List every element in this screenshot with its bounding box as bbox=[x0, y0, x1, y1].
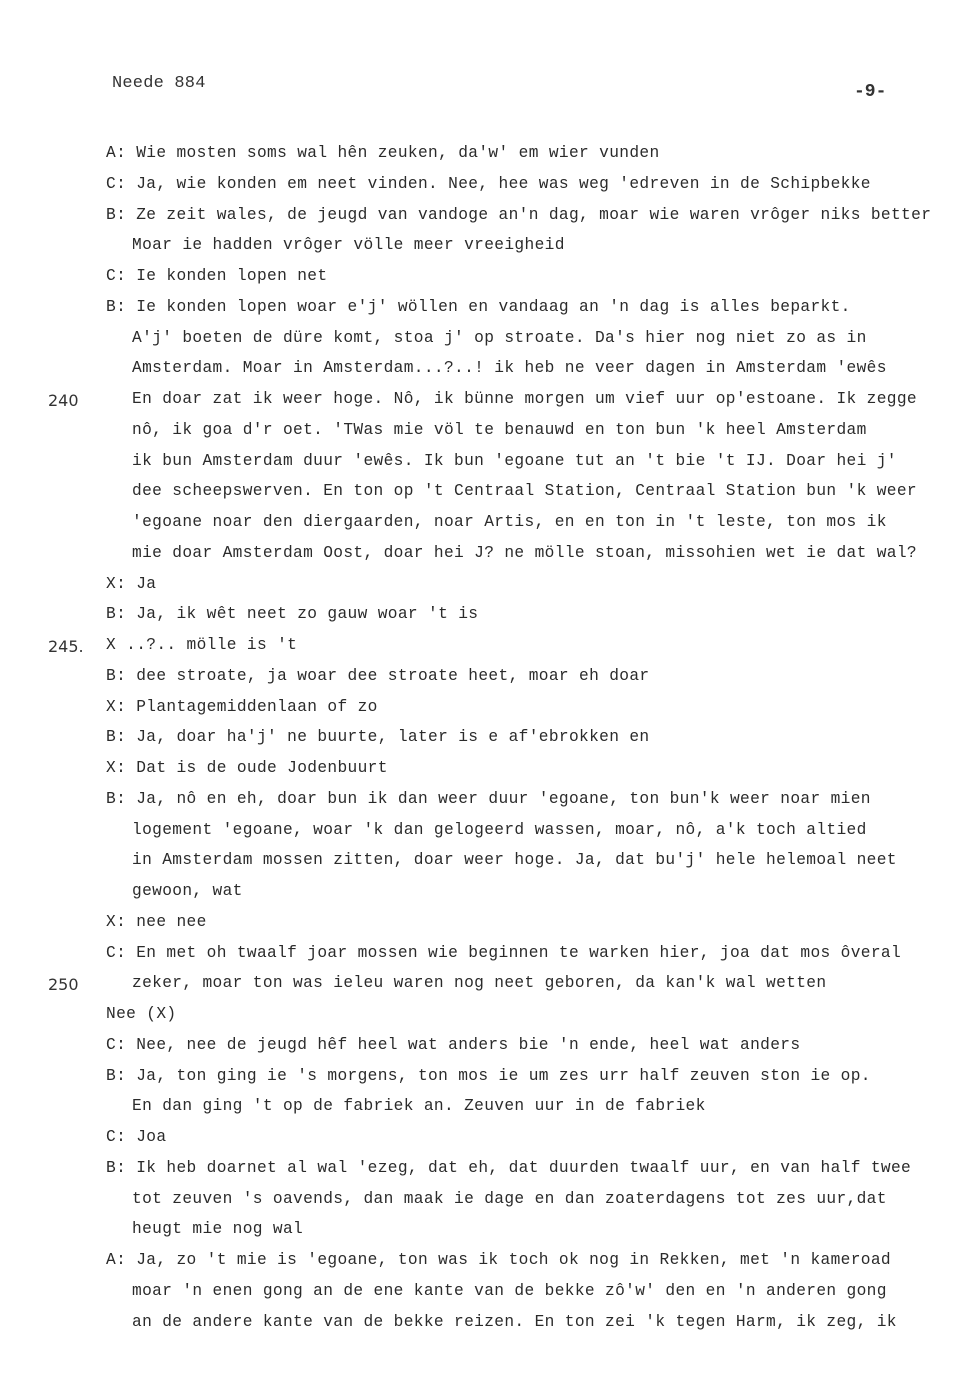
transcript-line: B: Ie konden lopen woar e'j' wöllen en v… bbox=[106, 298, 851, 316]
transcript-line: an de andere kante van de bekke reizen. … bbox=[132, 1313, 897, 1331]
transcript-line: dee scheepswerven. En ton op 't Centraal… bbox=[132, 482, 917, 500]
margin-line-number: 250 bbox=[48, 975, 79, 994]
transcript-line: B: Ze zeit wales, de jeugd van vandoge a… bbox=[106, 206, 931, 224]
transcript-line: A'j' boeten de düre komt, stoa j' op str… bbox=[132, 329, 867, 347]
transcript-line: Moar ie hadden vrôger völle meer vreeigh… bbox=[132, 236, 565, 254]
transcript-line: mie doar Amsterdam Oost, doar hei J? ne … bbox=[132, 544, 917, 562]
transcript-line: moar 'n enen gong an de ene kante van de… bbox=[132, 1282, 887, 1300]
transcript-line: C: Nee, nee de jeugd hêf heel wat anders… bbox=[106, 1036, 800, 1054]
margin-line-number: 245. bbox=[48, 637, 84, 656]
transcript-line: B: Ja, doar ha'j' ne buurte, later is e … bbox=[106, 728, 649, 746]
transcript-line: A: Wie mosten soms wal hên zeuken, da'w'… bbox=[106, 144, 660, 162]
transcript-line: A: Ja, zo 't mie is 'egoane, ton was ik … bbox=[106, 1251, 891, 1269]
transcript-line: X: Plantagemiddenlaan of zo bbox=[106, 698, 378, 716]
transcript-line: nô, ik goa d'r oet. 'TWas mie völ te ben… bbox=[132, 421, 867, 439]
transcript-line: B: Ik heb doarnet al wal 'ezeg, dat eh, … bbox=[106, 1159, 911, 1177]
transcript-line: C: Joa bbox=[106, 1128, 166, 1146]
transcript-line: X: Dat is de oude Jodenbuurt bbox=[106, 759, 388, 777]
transcript-line: logement 'egoane, woar 'k dan gelogeerd … bbox=[132, 821, 867, 839]
transcript-line: X ..?.. mölle is 't bbox=[106, 636, 297, 654]
page-number: -9- bbox=[854, 82, 886, 102]
transcript-line: 'egoane noar den diergaarden, noar Artis… bbox=[132, 513, 887, 531]
transcript-line: ik bun Amsterdam duur 'ewês. Ik bun 'ego… bbox=[132, 452, 897, 470]
transcript-line: En dan ging 't op de fabriek an. Zeuven … bbox=[132, 1097, 706, 1115]
transcript-line: Amsterdam. Moar in Amsterdam...?..! ik h… bbox=[132, 359, 887, 377]
transcript-line: in Amsterdam mossen zitten, doar weer ho… bbox=[132, 851, 897, 869]
transcript-line: Nee (X) bbox=[106, 1005, 176, 1023]
transcript-line: B: Ja, ton ging ie 's morgens, ton mos i… bbox=[106, 1067, 871, 1085]
transcript-line: tot zeuven 's oavends, dan maak ie dage … bbox=[132, 1190, 887, 1208]
transcript-line: B: Ja, nô en eh, doar bun ik dan weer du… bbox=[106, 790, 871, 808]
transcript-line: X: Ja bbox=[106, 575, 156, 593]
transcript-line: En doar zat ik weer hoge. Nô, ik bünne m… bbox=[132, 390, 917, 408]
transcript-line: C: Ja, wie konden em neet vinden. Nee, h… bbox=[106, 175, 871, 193]
transcript-line: gewoon, wat bbox=[132, 882, 243, 900]
transcript-line: X: nee nee bbox=[106, 913, 207, 931]
margin-line-number: 240 bbox=[48, 391, 79, 410]
typewritten-transcript-page: Neede 884 -9- A: Wie mosten soms wal hên… bbox=[0, 0, 973, 1388]
transcript-line: heugt mie nog wal bbox=[132, 1220, 303, 1238]
transcript-line: B: dee stroate, ja woar dee stroate heet… bbox=[106, 667, 649, 685]
transcript-line: C: En met oh twaalf joar mossen wie begi… bbox=[106, 944, 901, 962]
transcript-line: B: Ja, ik wêt neet zo gauw woar 't is bbox=[106, 605, 478, 623]
document-id: Neede 884 bbox=[112, 74, 206, 93]
transcript-line: C: Ie konden lopen net bbox=[106, 267, 327, 285]
transcript-line: zeker, moar ton was ieleu waren nog neet… bbox=[132, 974, 826, 992]
